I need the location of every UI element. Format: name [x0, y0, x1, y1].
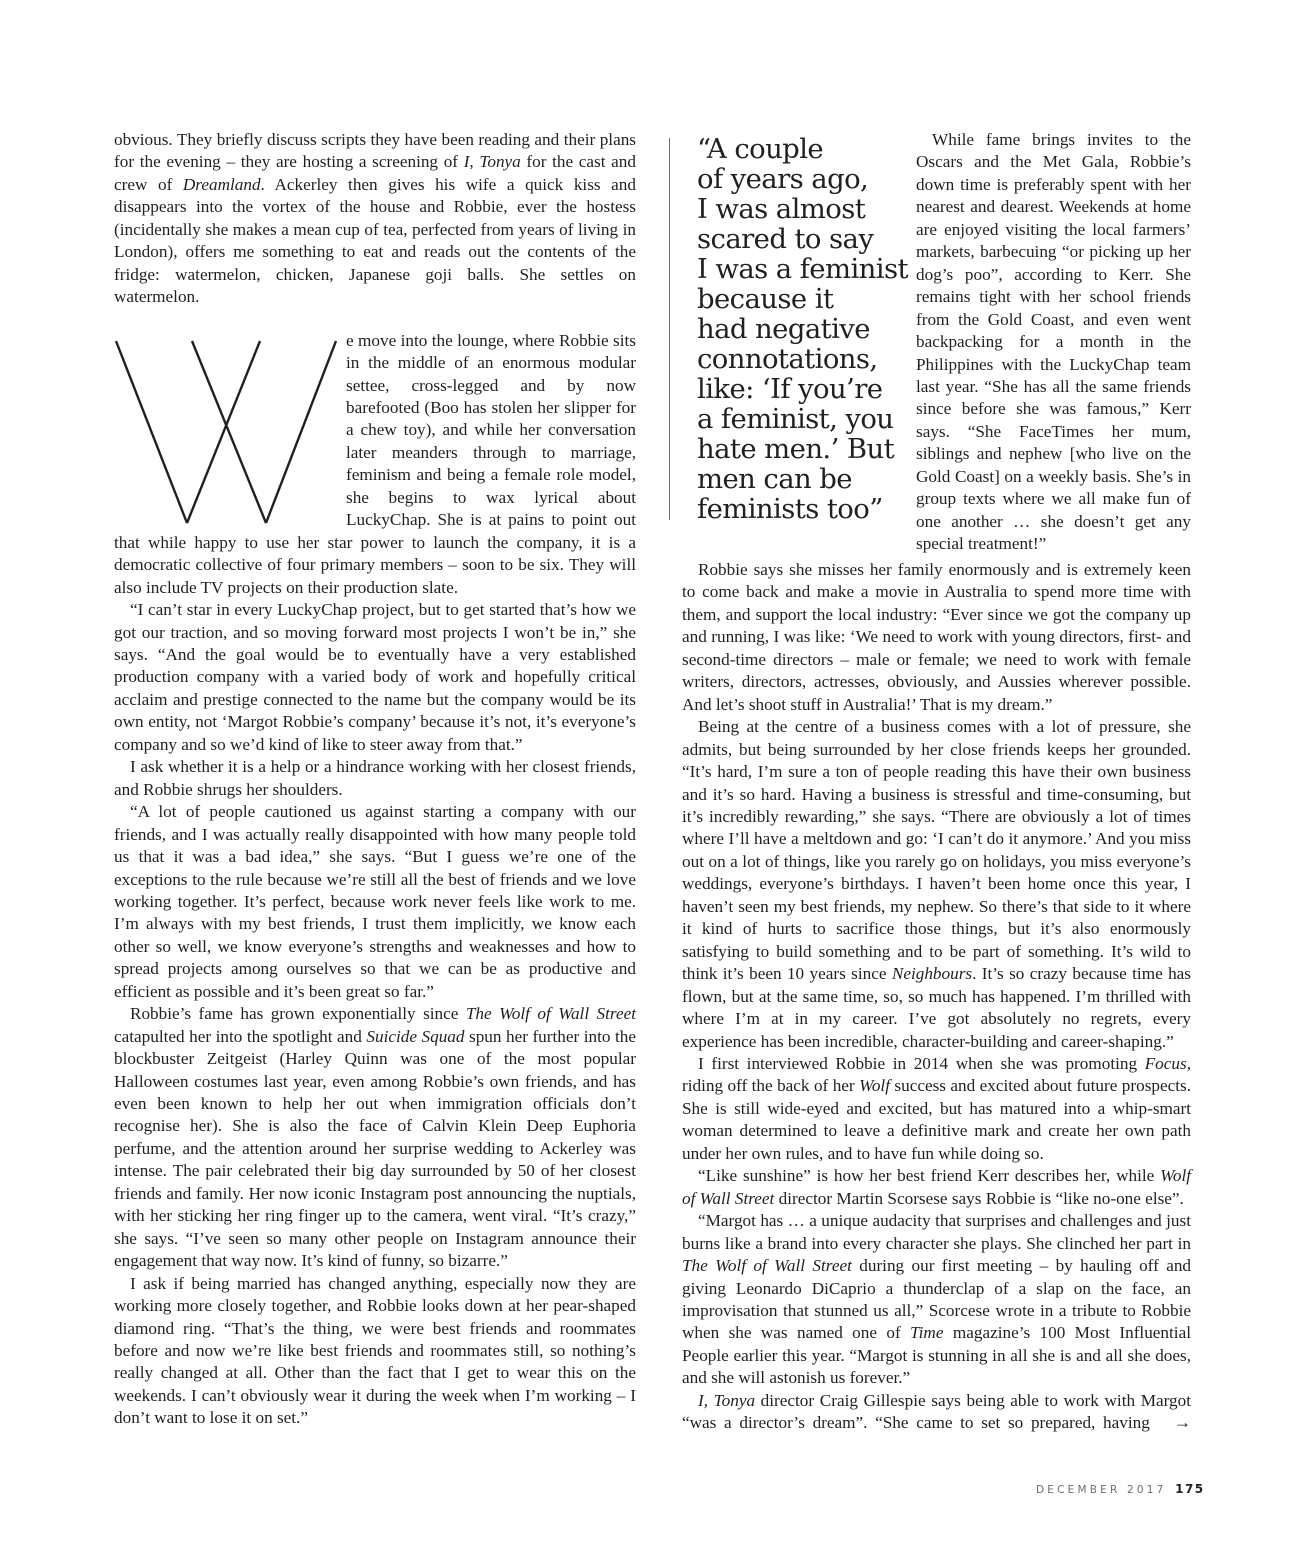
pull-quote: “A couple of years ago, I was almost sca…	[697, 134, 907, 524]
paragraph: Robbie says she misses her family enormo…	[682, 559, 1191, 716]
text: “I can’t star in every LuckyChap project…	[114, 600, 636, 754]
right-column-bottom: Robbie says she misses her family enormo…	[682, 559, 1191, 1435]
text: “A lot of people cautioned us against st…	[114, 802, 636, 1001]
pull-quote-line: men can be	[697, 464, 907, 494]
paragraph: Being at the centre of a business comes …	[682, 716, 1191, 1053]
paragraph: I ask if being married has changed anyth…	[114, 1273, 636, 1430]
pull-quote-line: scared to say	[697, 224, 907, 254]
paragraph: “Like sunshine” is how her best friend K…	[682, 1165, 1191, 1210]
section-spacer	[114, 309, 636, 330]
drop-cap-letter-icon	[114, 340, 346, 532]
film-title: I, Tonya	[698, 1391, 755, 1410]
film-title: Suicide Squad	[366, 1027, 464, 1046]
film-title: Wolf	[859, 1076, 890, 1095]
text: I ask whether it is a help or a hindranc…	[114, 757, 636, 798]
text: catapulted her into the spotlight and	[114, 1027, 366, 1046]
right-column-top: While fame brings invites to the Oscars …	[916, 129, 1191, 556]
film-title: The Wolf of Wall Street	[466, 1004, 636, 1023]
text: “Like sunshine” is how her best friend K…	[698, 1166, 1160, 1185]
pull-quote-line: a feminist, you	[697, 404, 907, 434]
text: I first interviewed Robbie in 2014 when …	[698, 1054, 1145, 1073]
text: Being at the centre of a business comes …	[682, 717, 1191, 983]
drop-cap-w	[114, 340, 346, 532]
paragraph: obvious. They briefly discuss scripts th…	[114, 129, 636, 309]
text: “Margot has … a unique audacity that sur…	[682, 1211, 1191, 1252]
paragraph: “A lot of people cautioned us against st…	[114, 801, 636, 1003]
continue-arrow-icon: →	[1158, 1412, 1191, 1434]
text: Robbie says she misses her family enormo…	[682, 560, 1191, 714]
page-folio: DECEMBER 2017 175	[1036, 1482, 1205, 1496]
pull-quote-line: I was almost	[697, 194, 907, 224]
text: director Martin Scorsese says Robbie is …	[774, 1189, 1184, 1208]
film-title: The Wolf of Wall Street	[682, 1256, 852, 1275]
pull-quote-line: feminists too”	[697, 494, 907, 524]
left-column: obvious. They briefly discuss scripts th…	[114, 129, 636, 1430]
show-title: Neighbours	[892, 964, 972, 983]
pull-quote-line: hate men.’ But	[697, 434, 907, 464]
film-title: I, Tonya	[464, 152, 521, 171]
paragraph: “I can’t star in every LuckyChap project…	[114, 599, 636, 756]
page-number: 175	[1175, 1482, 1205, 1496]
film-title: Dreamland	[183, 175, 261, 194]
text: spun her further into the blockbuster Ze…	[114, 1027, 636, 1271]
pull-quote-line: had negative	[697, 314, 907, 344]
magazine-page: obvious. They briefly discuss scripts th…	[0, 0, 1304, 1559]
text: director Craig Gillespie says being able…	[682, 1391, 1191, 1432]
issue-date: DECEMBER 2017	[1036, 1484, 1167, 1496]
paragraph: I first interviewed Robbie in 2014 when …	[682, 1053, 1191, 1165]
text: I ask if being married has changed anyth…	[114, 1274, 636, 1428]
paragraph: I, Tonya director Craig Gillespie says b…	[682, 1390, 1191, 1435]
text: Robbie’s fame has grown exponentially si…	[130, 1004, 466, 1023]
pull-quote-rule	[669, 138, 670, 520]
text: While fame brings invites to the Oscars …	[916, 130, 1191, 553]
magazine-title: Time	[910, 1323, 943, 1342]
pull-quote-line: I was a feminist	[697, 254, 907, 284]
film-title: Focus	[1145, 1054, 1187, 1073]
paragraph: Robbie’s fame has grown exponentially si…	[114, 1003, 636, 1272]
text: . Ackerley then gives his wife a quick k…	[114, 175, 636, 306]
paragraph: While fame brings invites to the Oscars …	[916, 129, 1191, 556]
pull-quote-line: like: ‘If you’re	[697, 374, 907, 404]
pull-quote-line: connotations,	[697, 344, 907, 374]
pull-quote-line: because it	[697, 284, 907, 314]
pull-quote-line: of years ago,	[697, 164, 907, 194]
paragraph: “Margot has … a unique audacity that sur…	[682, 1210, 1191, 1390]
paragraph: I ask whether it is a help or a hindranc…	[114, 756, 636, 801]
pull-quote-line: “A couple	[697, 134, 907, 164]
